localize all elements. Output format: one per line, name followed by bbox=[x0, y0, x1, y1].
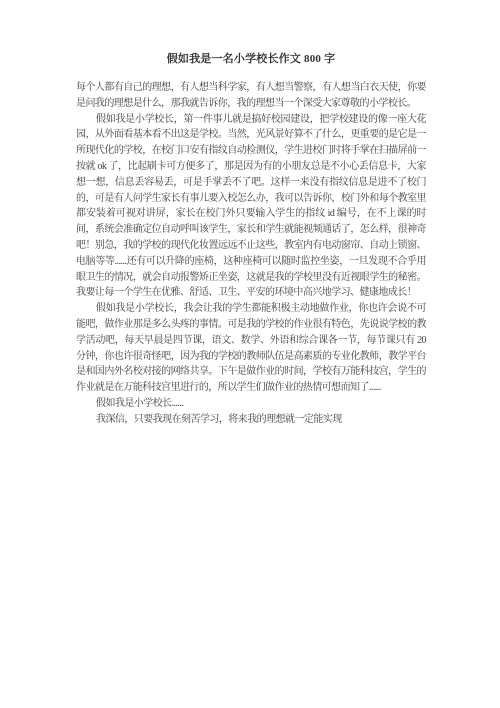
essay-paragraph-intro: 每个人都有自己的理想，有人想当科学家，有人想当警察，有人想当白衣天使，你要是问我… bbox=[76, 80, 426, 112]
essay-paragraph-ellipsis: 假如我是小学校长...... bbox=[76, 396, 426, 412]
essay-paragraph-conclusion: 我深信，只要我现在刻苦学习，将来我的理想就一定能实现 bbox=[76, 412, 426, 428]
document-page: 假如我是一名小学校长作文 800 字 每个人都有自己的理想，有人想当科学家，有人… bbox=[0, 0, 500, 708]
essay-paragraph-campus: 假如我是小学校长，第一件事儿就是搞好校园建设，把学校建设的像一座大花园，从外面看… bbox=[76, 112, 426, 302]
essay-title: 假如我是一名小学校长作文 800 字 bbox=[76, 50, 426, 66]
essay-paragraph-homework: 假如我是小学校长，我会让我的学生都能积极主动地做作业，你也许会说不可能吧，做作业… bbox=[76, 301, 426, 396]
